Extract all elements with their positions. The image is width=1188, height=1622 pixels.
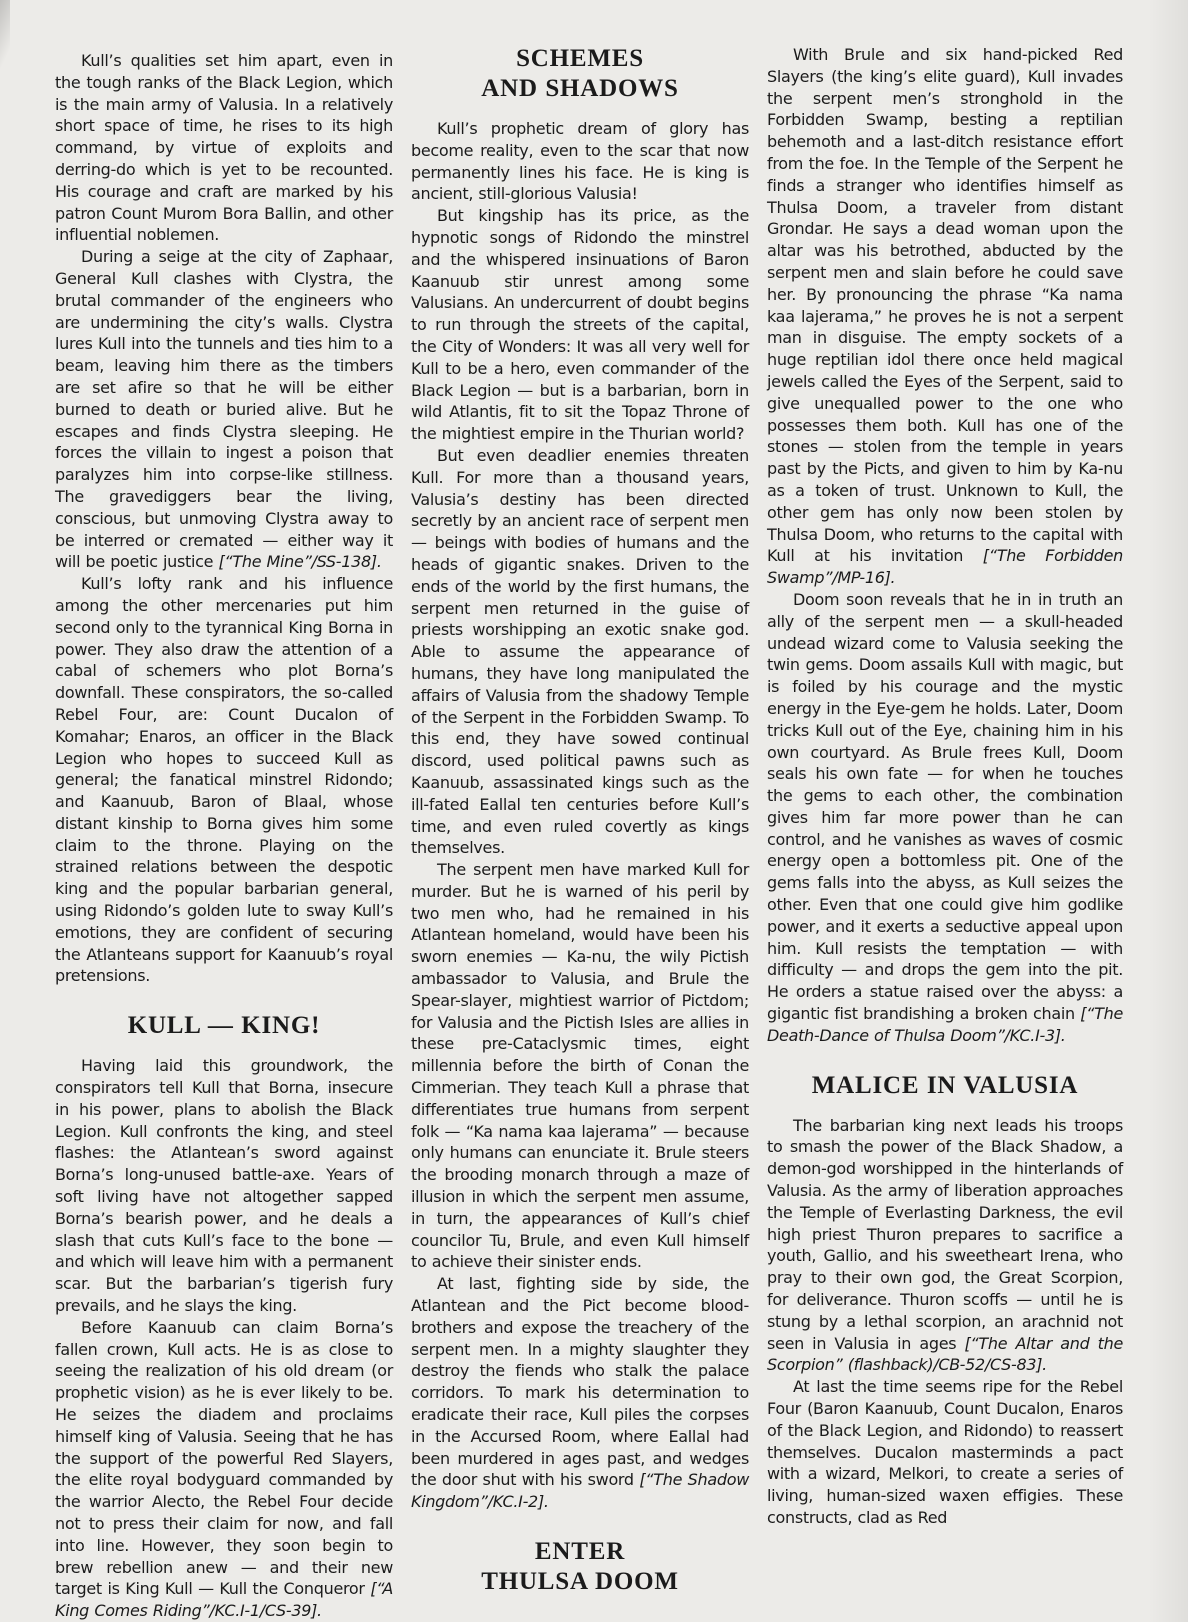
section-heading: SCHEMES AND SHADOWS [411,44,749,104]
body-text: But even deadlier enemies threaten Kull.… [411,446,749,857]
paragraph: Before Kaanuub can claim Borna’s fallen … [55,1317,393,1622]
body-text: At last the time seems ripe for the Rebe… [767,1377,1123,1527]
text-column-right: With Brule and six hand-picked Red Slaye… [767,44,1123,1529]
section-heading: ENTER THULSA DOOM [411,1537,749,1597]
body-text: Having laid this groundwork, the conspir… [55,1056,393,1315]
body-text: The serpent men have marked Kull for mur… [411,860,749,1271]
paragraph: Doom soon reveals that he in in truth an… [767,589,1123,1047]
paragraph: At last the time seems ripe for the Rebe… [767,1376,1123,1529]
body-text: During a seige at the city of Zaphaar, G… [55,247,393,571]
body-text: Kull’s qualities set him apart, even in … [55,51,393,244]
page-edge-shadow [1148,0,1188,1622]
body-text: The barbarian king next leads his troops… [767,1116,1123,1353]
section-heading: KULL — KING! [55,1011,393,1041]
body-text: Before Kaanuub can claim Borna’s fallen … [55,1318,393,1599]
paragraph: But kingship has its price, as the hypno… [411,205,749,445]
paragraph: Kull’s lofty rank and his influence amon… [55,573,393,987]
paragraph: The barbarian king next leads his troops… [767,1115,1123,1377]
paragraph: Kull’s qualities set him apart, even in … [55,50,393,246]
body-text: Kull’s prophetic dream of glory has beco… [411,119,749,203]
paragraph: The serpent men have marked Kull for mur… [411,859,749,1273]
paragraph: With Brule and six hand-picked Red Slaye… [767,44,1123,589]
paragraph: Kull’s prophetic dream of glory has beco… [411,118,749,205]
scan-corner-artifact [0,0,10,80]
text-column-left: Kull’s qualities set him apart, even in … [55,50,393,1622]
paragraph: Having laid this groundwork, the conspir… [55,1055,393,1317]
magazine-page: Kull’s qualities set him apart, even in … [0,0,1188,1622]
body-text: At last, fighting side by side, the Atla… [411,1274,749,1489]
body-text: Doom soon reveals that he in in truth an… [767,590,1123,1023]
paragraph: But even deadlier enemies threaten Kull.… [411,445,749,859]
body-text: With Brule and six hand-picked Red Slaye… [767,45,1123,565]
body-text: But kingship has its price, as the hypno… [411,206,749,443]
paragraph: At last, fighting side by side, the Atla… [411,1273,749,1513]
text-column-center: SCHEMES AND SHADOWSKull’s prophetic drea… [411,44,749,1611]
issue-citation: [“The Mine”/SS-138]. [218,552,381,571]
body-text: Kull’s lofty rank and his influence amon… [55,574,393,985]
paragraph: During a seige at the city of Zaphaar, G… [55,246,393,573]
section-heading: MALICE IN VALUSIA [767,1071,1123,1101]
